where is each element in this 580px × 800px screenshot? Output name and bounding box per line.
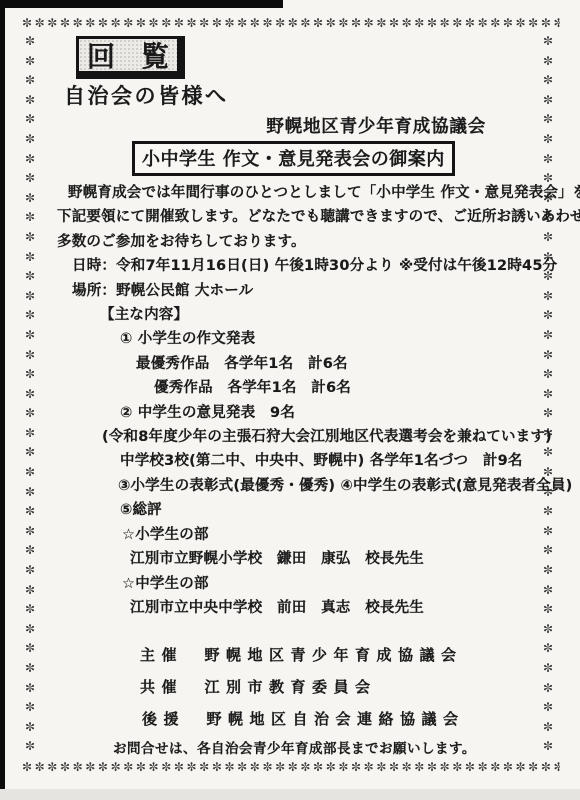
decorative-border-bottom: ✼✼✼✼✼✼✼✼✼✼✼✼✼✼✼✼✼✼✼✼✼✼✼✼✼✼✼✼✼✼✼✼✼✼✼✼✼✼✼✼… <box>22 760 560 776</box>
program-item-1-best: 最優秀作品 各学年1名 計6名 <box>136 352 580 376</box>
contact-line: お問合せは、各自治会青少年育成部長までお願いします。 <box>113 737 476 757</box>
kairan-stamp-box: 回覧 <box>76 36 185 79</box>
decorative-border-top: ✼✼✼✼✼✼✼✼✼✼✼✼✼✼✼✼✼✼✼✼✼✼✼✼✼✼✼✼✼✼✼✼✼✼✼✼✼✼✼✼… <box>22 16 560 32</box>
scan-artifact-bottom-strip <box>0 789 580 800</box>
program-item-2-note: (令和8年度少年の主張石狩大会江別地区代表選考会を兼ねています) <box>102 425 580 449</box>
cohost-line: 共催 江別市教育委員会 <box>140 676 377 697</box>
salutation-text: 自治会の皆様へ <box>64 80 229 110</box>
program-item-1-good: 優秀作品 各学年1名 計6名 <box>154 376 580 400</box>
datetime-line: 日時：令和7年11月16日(日) 午後1時30分より ※受付は午後12時45分 <box>72 254 580 278</box>
support-line: 後援 野幌地区自治会連絡協議会 <box>142 708 465 729</box>
place-line: 場所：野幌公民館 大ホール <box>72 279 580 303</box>
scanned-notice-page: ✼✼✼✼✼✼✼✼✼✼✼✼✼✼✼✼✼✼✼✼✼✼✼✼✼✼✼✼✼✼✼✼✼✼✼✼✼✼✼✼… <box>0 0 580 800</box>
contents-heading: 【主な内容】 <box>100 303 580 327</box>
intro-line-1: 野幌育成会では年間行事のひとつとしまして「小中学生 作文・意見発表会」を、 <box>68 181 580 205</box>
intro-line-2: 下記要領にて開催致します。どなたでも聴講できますので、ご近所お誘いあわせの上、 <box>57 205 580 229</box>
notice-title: 小中学生 作文・意見発表会の御案内 <box>132 141 455 176</box>
scan-artifact-top-bar <box>0 0 283 8</box>
notice-body: 野幌育成会では年間行事のひとつとしまして「小中学生 作文・意見発表会」を、 下記… <box>0 181 580 620</box>
junior-section-label: ☆中学生の部 <box>122 572 580 596</box>
elementary-judge-line: 江別市立野幌小学校 鎌田 康弘 校長先生 <box>130 547 580 571</box>
program-item-2: ② 中学生の意見発表 9名 <box>120 401 580 425</box>
elementary-section-label: ☆小学生の部 <box>122 523 580 547</box>
program-item-5: ⑤総評 <box>120 498 580 522</box>
program-item-3-4: ③小学生の表彰式(最優秀・優秀) ④中学生の表彰式(意見発表者全員) <box>118 474 580 498</box>
program-item-2-detail: 中学校3校(第二中、中央中、野幌中) 各学年1名づつ 計9名 <box>120 449 580 473</box>
program-item-1: ① 小学生の作文発表 <box>120 327 580 351</box>
junior-judge-line: 江別市立中央中学校 前田 真志 校長先生 <box>130 596 580 620</box>
organization-name: 野幌地区青少年育成協議会 <box>0 113 486 138</box>
intro-line-3: 多数のご参加をお待ちしております。 <box>57 230 580 254</box>
host-line: 主催 野幌地区青少年育成協議会 <box>140 644 463 665</box>
kairan-label: 回覧 <box>87 35 195 75</box>
